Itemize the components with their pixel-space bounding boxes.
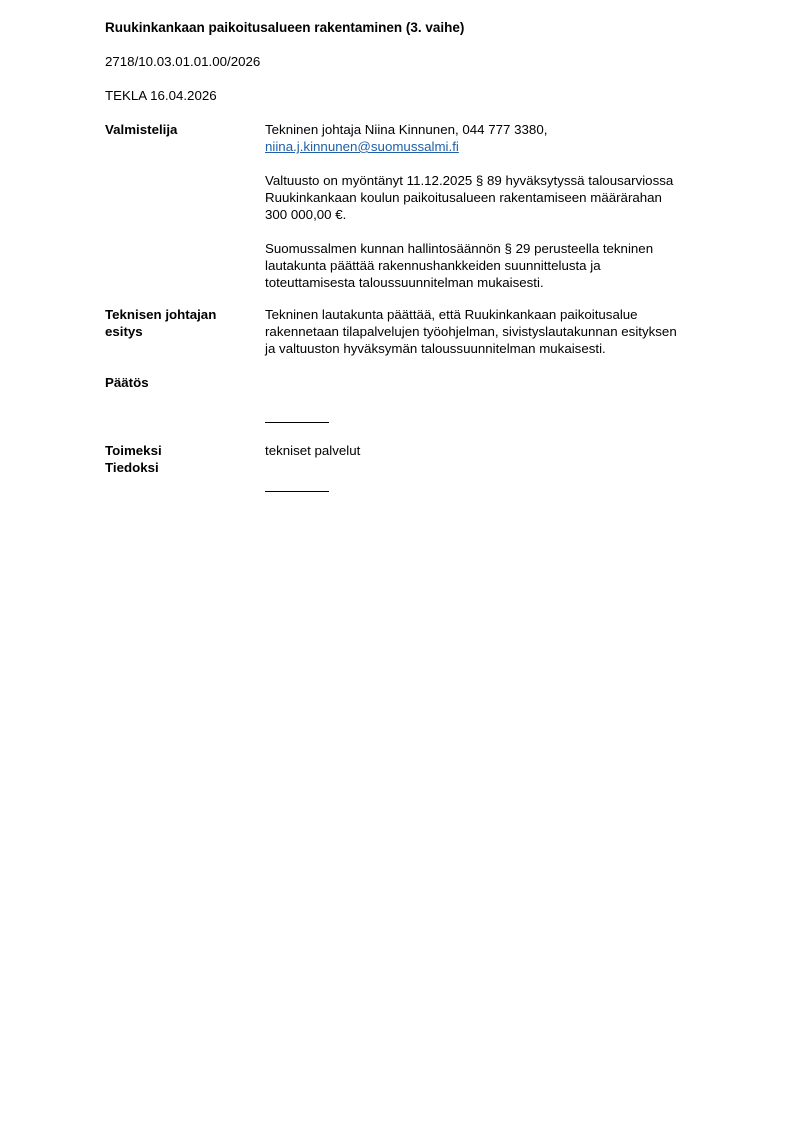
budget-text-line: Ruukinkankaan koulun paikoitusalueen rak… bbox=[265, 189, 725, 206]
distribution-value: tekniset palvelut bbox=[265, 442, 725, 459]
proposal-text-line: ja valtuuston hyväksymän taloussuunnitel… bbox=[265, 340, 725, 357]
authority-text-line: lautakunta päättää rakennushankkeiden su… bbox=[265, 257, 725, 274]
preparer-contact: Tekninen johtaja Niina Kinnunen, 044 777… bbox=[265, 121, 725, 138]
distribution-label: Toimeksi Tiedoksi bbox=[105, 442, 162, 476]
proposal-content: Tekninen lautakunta päättää, että Ruukin… bbox=[265, 306, 725, 357]
reference-number: 2718/10.03.01.01.00/2026 bbox=[105, 54, 260, 69]
divider-line bbox=[265, 491, 329, 492]
budget-text-line: Valtuusto on myöntänyt 11.12.2025 § 89 h… bbox=[265, 172, 725, 189]
document-title: Ruukinkankaan paikoitusalueen rakentamin… bbox=[105, 20, 464, 35]
divider-line bbox=[265, 422, 329, 423]
proposal-text-line: rakennetaan tilapalvelujen työohjelman, … bbox=[265, 323, 725, 340]
decision-label: Päätös bbox=[105, 374, 149, 391]
preparer-email-link[interactable]: niina.j.kinnunen@suomussalmi.fi bbox=[265, 139, 459, 154]
proposal-label: Teknisen johtajan esitys bbox=[105, 306, 216, 340]
proposal-text-line: Tekninen lautakunta päättää, että Ruukin… bbox=[265, 306, 725, 323]
preparer-label: Valmistelija bbox=[105, 121, 177, 138]
budget-text-line: 300 000,00 €. bbox=[265, 206, 725, 223]
authority-text-line: Suomussalmen kunnan hallintosäännön § 29… bbox=[265, 240, 725, 257]
meeting-info: TEKLA 16.04.2026 bbox=[105, 88, 217, 103]
preparer-content: Tekninen johtaja Niina Kinnunen, 044 777… bbox=[265, 121, 725, 291]
authority-text-line: toteuttamisesta taloussuunnitelman mukai… bbox=[265, 274, 725, 291]
